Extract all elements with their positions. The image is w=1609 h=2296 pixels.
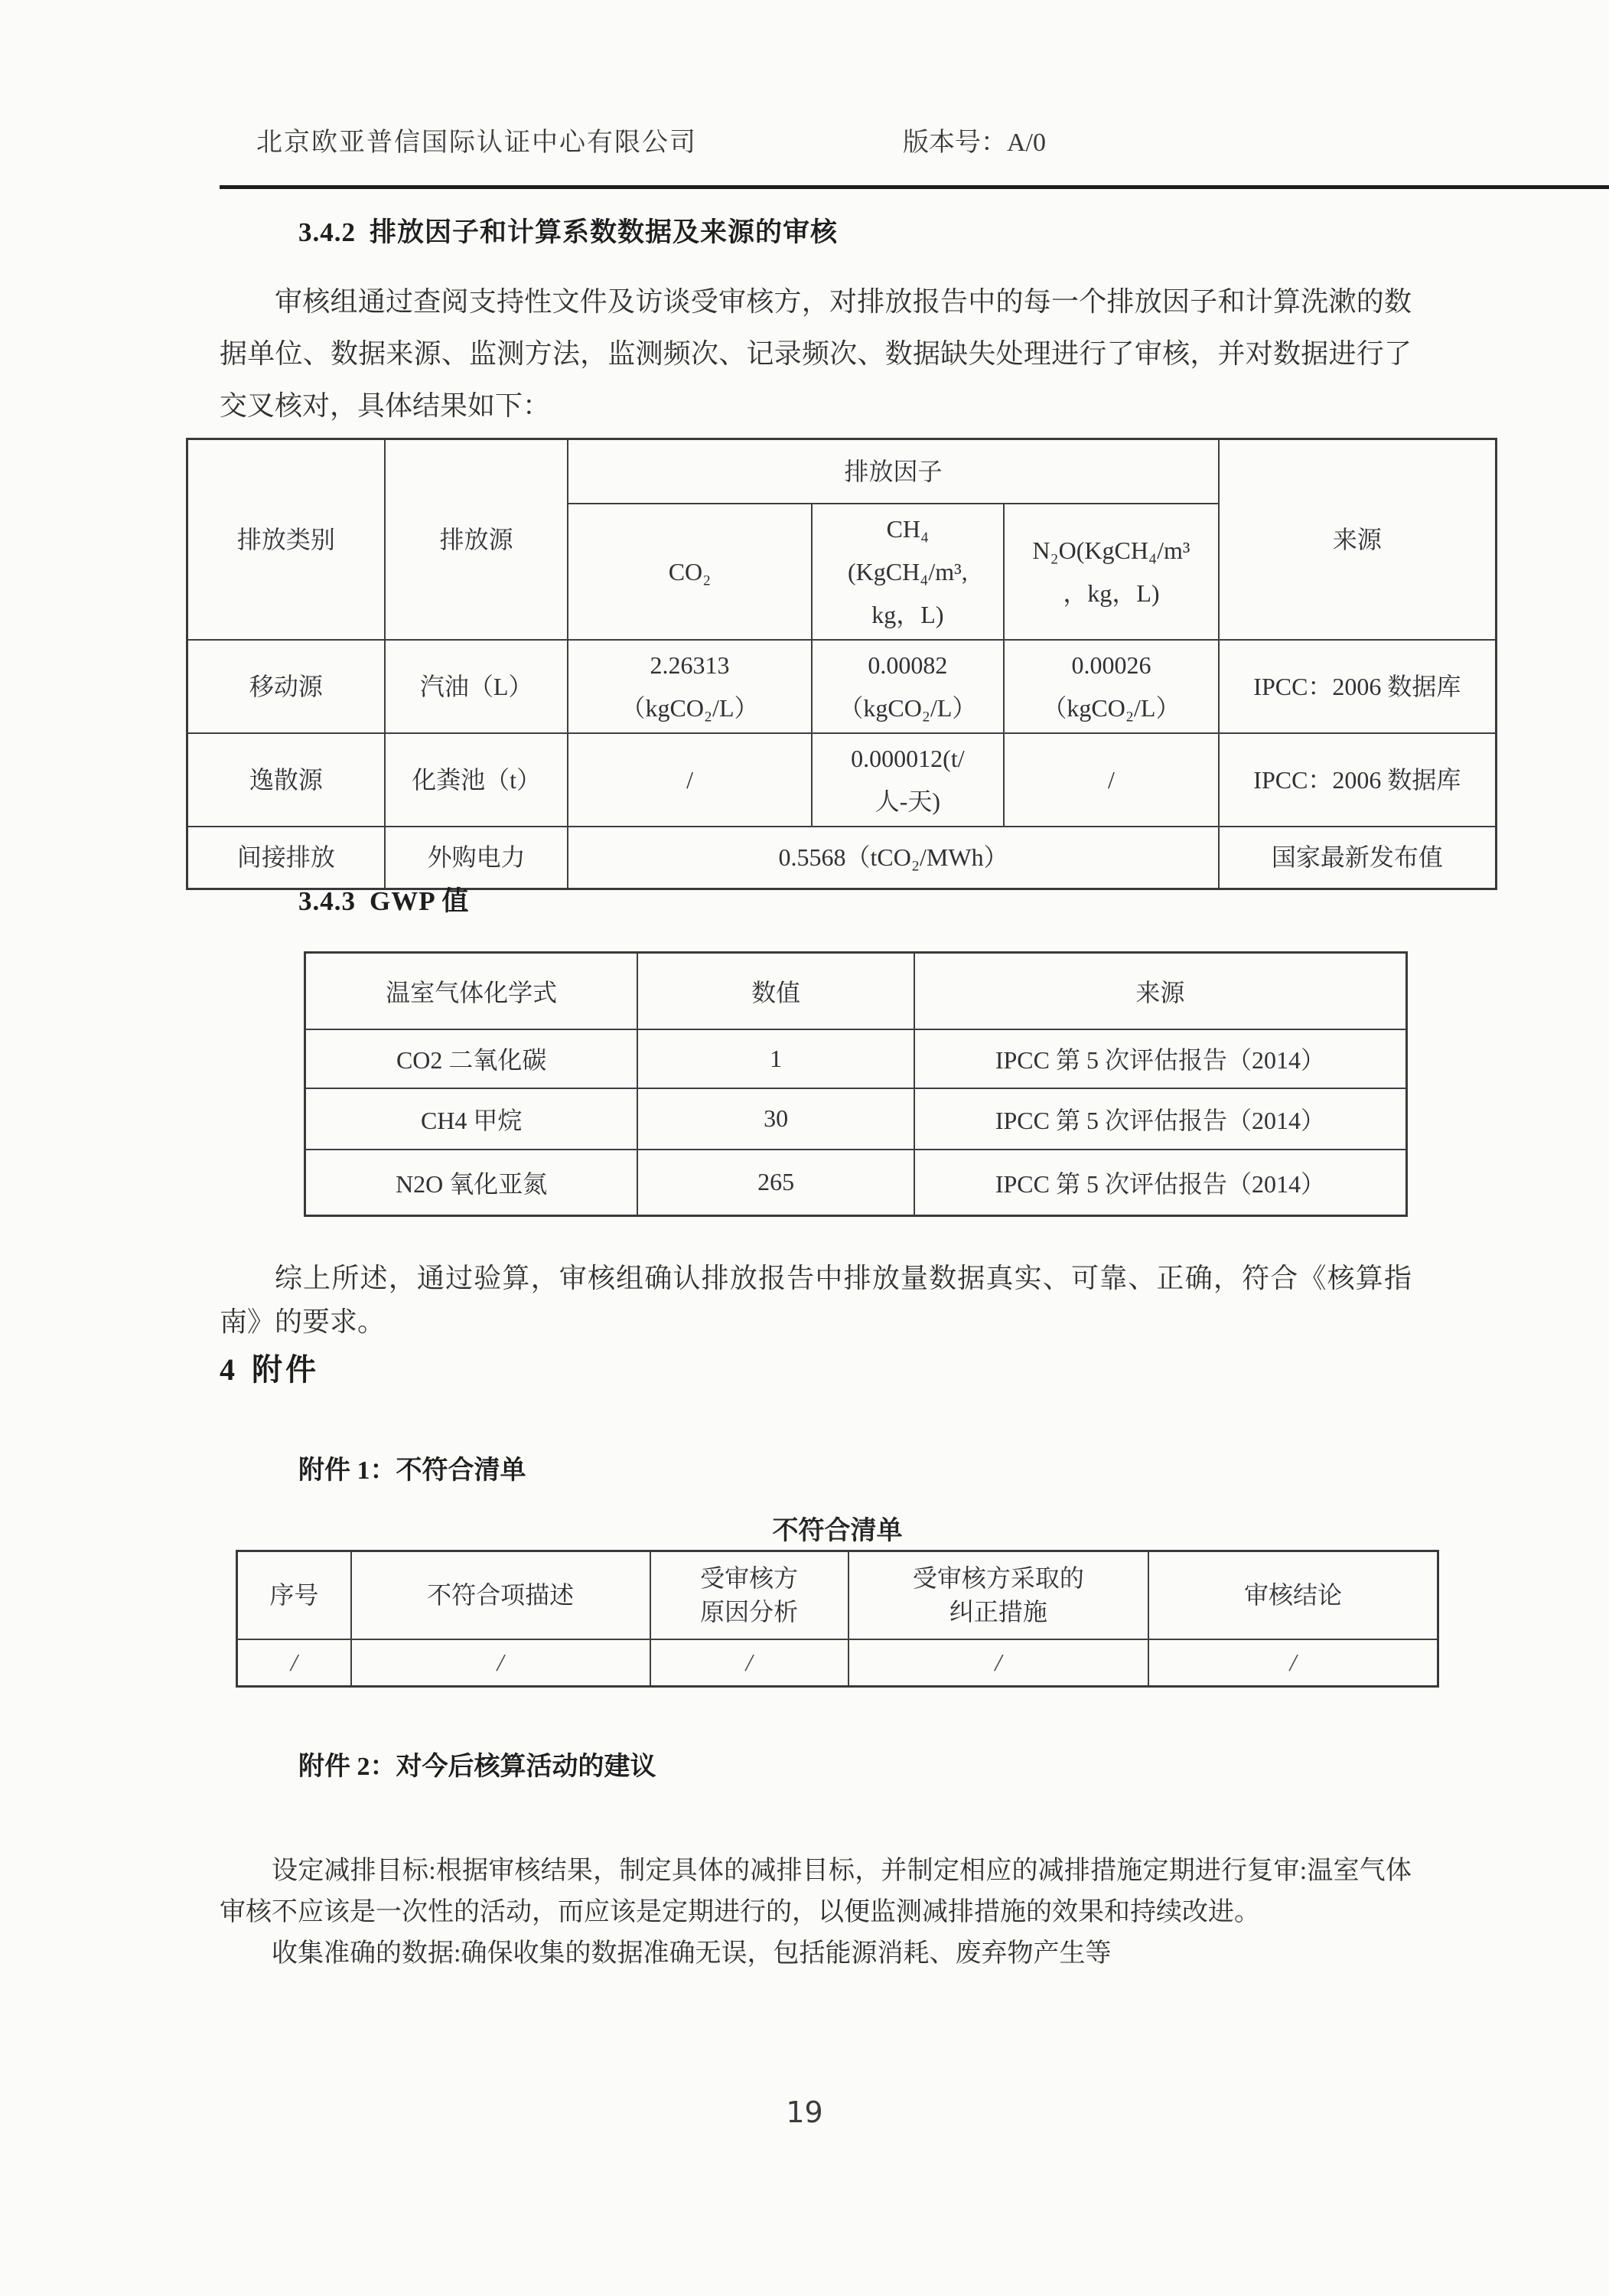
- header-cell: 审核结论: [1148, 1551, 1438, 1639]
- table-cell: /: [848, 1639, 1149, 1687]
- table-cell: /: [568, 733, 811, 827]
- table-cell: IPCC：2006 数据库: [1219, 733, 1497, 827]
- table-cell: /: [351, 1639, 650, 1687]
- table-cell: 逸散源: [187, 733, 385, 827]
- table-cell: 移动源: [187, 640, 385, 733]
- section-3-4-3-heading: 3.4.3GWP 值: [298, 880, 469, 918]
- table-cell: /: [650, 1639, 848, 1687]
- table-cell: IPCC：2006 数据库: [1219, 640, 1497, 733]
- document-page: 北京欧亚普信国际认证中心有限公司 版本号：A/0 3.4.2排放因子和计算系数数…: [0, 0, 1609, 2296]
- header-cell: 来源: [914, 953, 1407, 1029]
- table-cell: 0.00026 （kgCO₂/L）: [1004, 640, 1219, 733]
- attachment-2-paragraphs: 设定减排目标:根据审核结果，制定具体的减排目标，并制定相应的减排措施定期进行复审…: [220, 1851, 1412, 1975]
- table-cell: IPCC 第 5 次评估报告（2014）: [914, 1150, 1407, 1216]
- version-label: 版本号：A/0: [903, 121, 1046, 158]
- table-header-row: 排放类别 排放源 排放因子 来源: [187, 439, 1497, 504]
- table-cell: 2.26313 （kgCO₂/L）: [568, 640, 811, 733]
- table-cell: /: [1148, 1639, 1438, 1687]
- table-cell: 汽油（L）: [385, 640, 568, 733]
- header-cell-factor-group: 排放因子: [568, 439, 1218, 504]
- header-cell-origin: 来源: [1219, 439, 1497, 640]
- header-cell: 温室气体化学式: [305, 953, 638, 1029]
- table-row: CH4 甲烷 30 IPCC 第 5 次评估报告（2014）: [305, 1088, 1407, 1150]
- table-cell: 0.5568（tCO₂/MWh）: [568, 827, 1218, 889]
- section-number: 3.4.2: [298, 217, 356, 247]
- table-row: 逸散源 化粪池（t） / 0.000012(t/ 人-天) / IPCC：200…: [187, 733, 1497, 827]
- conclusion-paragraph: 综上所述，通过验算，审核组确认排放报告中排放量数据真实、可靠、正确，符合《核算指…: [220, 1257, 1412, 1344]
- header-cell: 受审核方 原因分析: [650, 1551, 848, 1639]
- table-cell: 0.00082 （kgCO₂/L）: [812, 640, 1005, 733]
- section-title: GWP 值: [370, 886, 469, 916]
- nc-table-title: 不符合清单: [236, 1509, 1439, 1547]
- section-3-4-2-paragraph: 审核组通过查阅支持性文件及访谈受审核方，对排放报告中的每一个排放因子和计算洗漱的…: [220, 276, 1412, 432]
- table-cell: 265: [637, 1150, 914, 1216]
- table-cell: /: [1004, 733, 1219, 827]
- table-cell: IPCC 第 5 次评估报告（2014）: [914, 1029, 1407, 1088]
- company-name: 北京欧亚普信国际认证中心有限公司: [256, 121, 697, 158]
- table-cell: 0.000012(t/ 人-天): [812, 733, 1005, 827]
- table-cell: CH4 甲烷: [305, 1088, 638, 1150]
- header-cell-category: 排放类别: [187, 439, 385, 640]
- section-4-heading: 4附件: [220, 1345, 319, 1389]
- attachment-1-label: 附件 1：不符合清单: [298, 1449, 526, 1486]
- emission-factor-table: 排放类别 排放源 排放因子 来源 CO₂ CH₄ (KgCH₄/m³, kg，L…: [186, 438, 1497, 890]
- table-cell: CO2 二氧化碳: [305, 1029, 638, 1088]
- header-cell: 不符合项描述: [351, 1551, 650, 1639]
- subheader-cell-n2o: N₂O(KgCH₄/m³ ，kg，L): [1004, 504, 1219, 640]
- table-row: N2O 氧化亚氮 265 IPCC 第 5 次评估报告（2014）: [305, 1150, 1407, 1216]
- header-cell: 受审核方采取的 纠正措施: [848, 1551, 1149, 1639]
- table-cell: /: [237, 1639, 351, 1687]
- table-header-row: 序号 不符合项描述 受审核方 原因分析 受审核方采取的 纠正措施 审核结论: [237, 1551, 1438, 1639]
- table-row: / / / / /: [237, 1639, 1438, 1687]
- gwp-table: 温室气体化学式 数值 来源 CO2 二氧化碳 1 IPCC 第 5 次评估报告（…: [304, 951, 1408, 1217]
- table-cell: 1: [637, 1029, 914, 1088]
- header-cell: 序号: [237, 1551, 351, 1639]
- table-cell: N2O 氧化亚氮: [305, 1150, 638, 1216]
- attachment-2-label: 附件 2：对今后核算活动的建议: [298, 1745, 656, 1782]
- section-title: 附件: [252, 1352, 319, 1387]
- subheader-cell-co2: CO₂: [568, 504, 811, 640]
- table-row: CO2 二氧化碳 1 IPCC 第 5 次评估报告（2014）: [305, 1029, 1407, 1088]
- table-cell: IPCC 第 5 次评估报告（2014）: [914, 1088, 1407, 1150]
- page-number: 19: [0, 2095, 1609, 2129]
- section-number: 4: [220, 1352, 238, 1387]
- suggestion-paragraph-2: 收集准确的数据:确保收集的数据准确无误，包括能源消耗、废弃物产生等: [220, 1933, 1412, 1975]
- table-row: 移动源 汽油（L） 2.26313 （kgCO₂/L） 0.00082 （kgC…: [187, 640, 1497, 733]
- header-cell: 数值: [637, 953, 914, 1029]
- table-cell: 国家最新发布值: [1219, 827, 1497, 889]
- subheader-cell-ch4: CH₄ (KgCH₄/m³, kg，L): [812, 504, 1005, 640]
- section-3-4-2-heading: 3.4.2排放因子和计算系数数据及来源的审核: [298, 211, 838, 249]
- non-conformity-table: 序号 不符合项描述 受审核方 原因分析 受审核方采取的 纠正措施 审核结论 / …: [236, 1550, 1439, 1688]
- header-cell-source: 排放源: [385, 439, 568, 640]
- table-header-row: 温室气体化学式 数值 来源: [305, 953, 1407, 1029]
- table-cell: 30: [637, 1088, 914, 1150]
- header-divider: [220, 185, 1609, 189]
- section-number: 3.4.3: [298, 886, 356, 916]
- section-title: 排放因子和计算系数数据及来源的审核: [370, 217, 838, 247]
- suggestion-paragraph-1: 设定减排目标:根据审核结果，制定具体的减排目标，并制定相应的减排措施定期进行复审…: [220, 1851, 1412, 1933]
- table-cell: 化粪池（t）: [385, 733, 568, 827]
